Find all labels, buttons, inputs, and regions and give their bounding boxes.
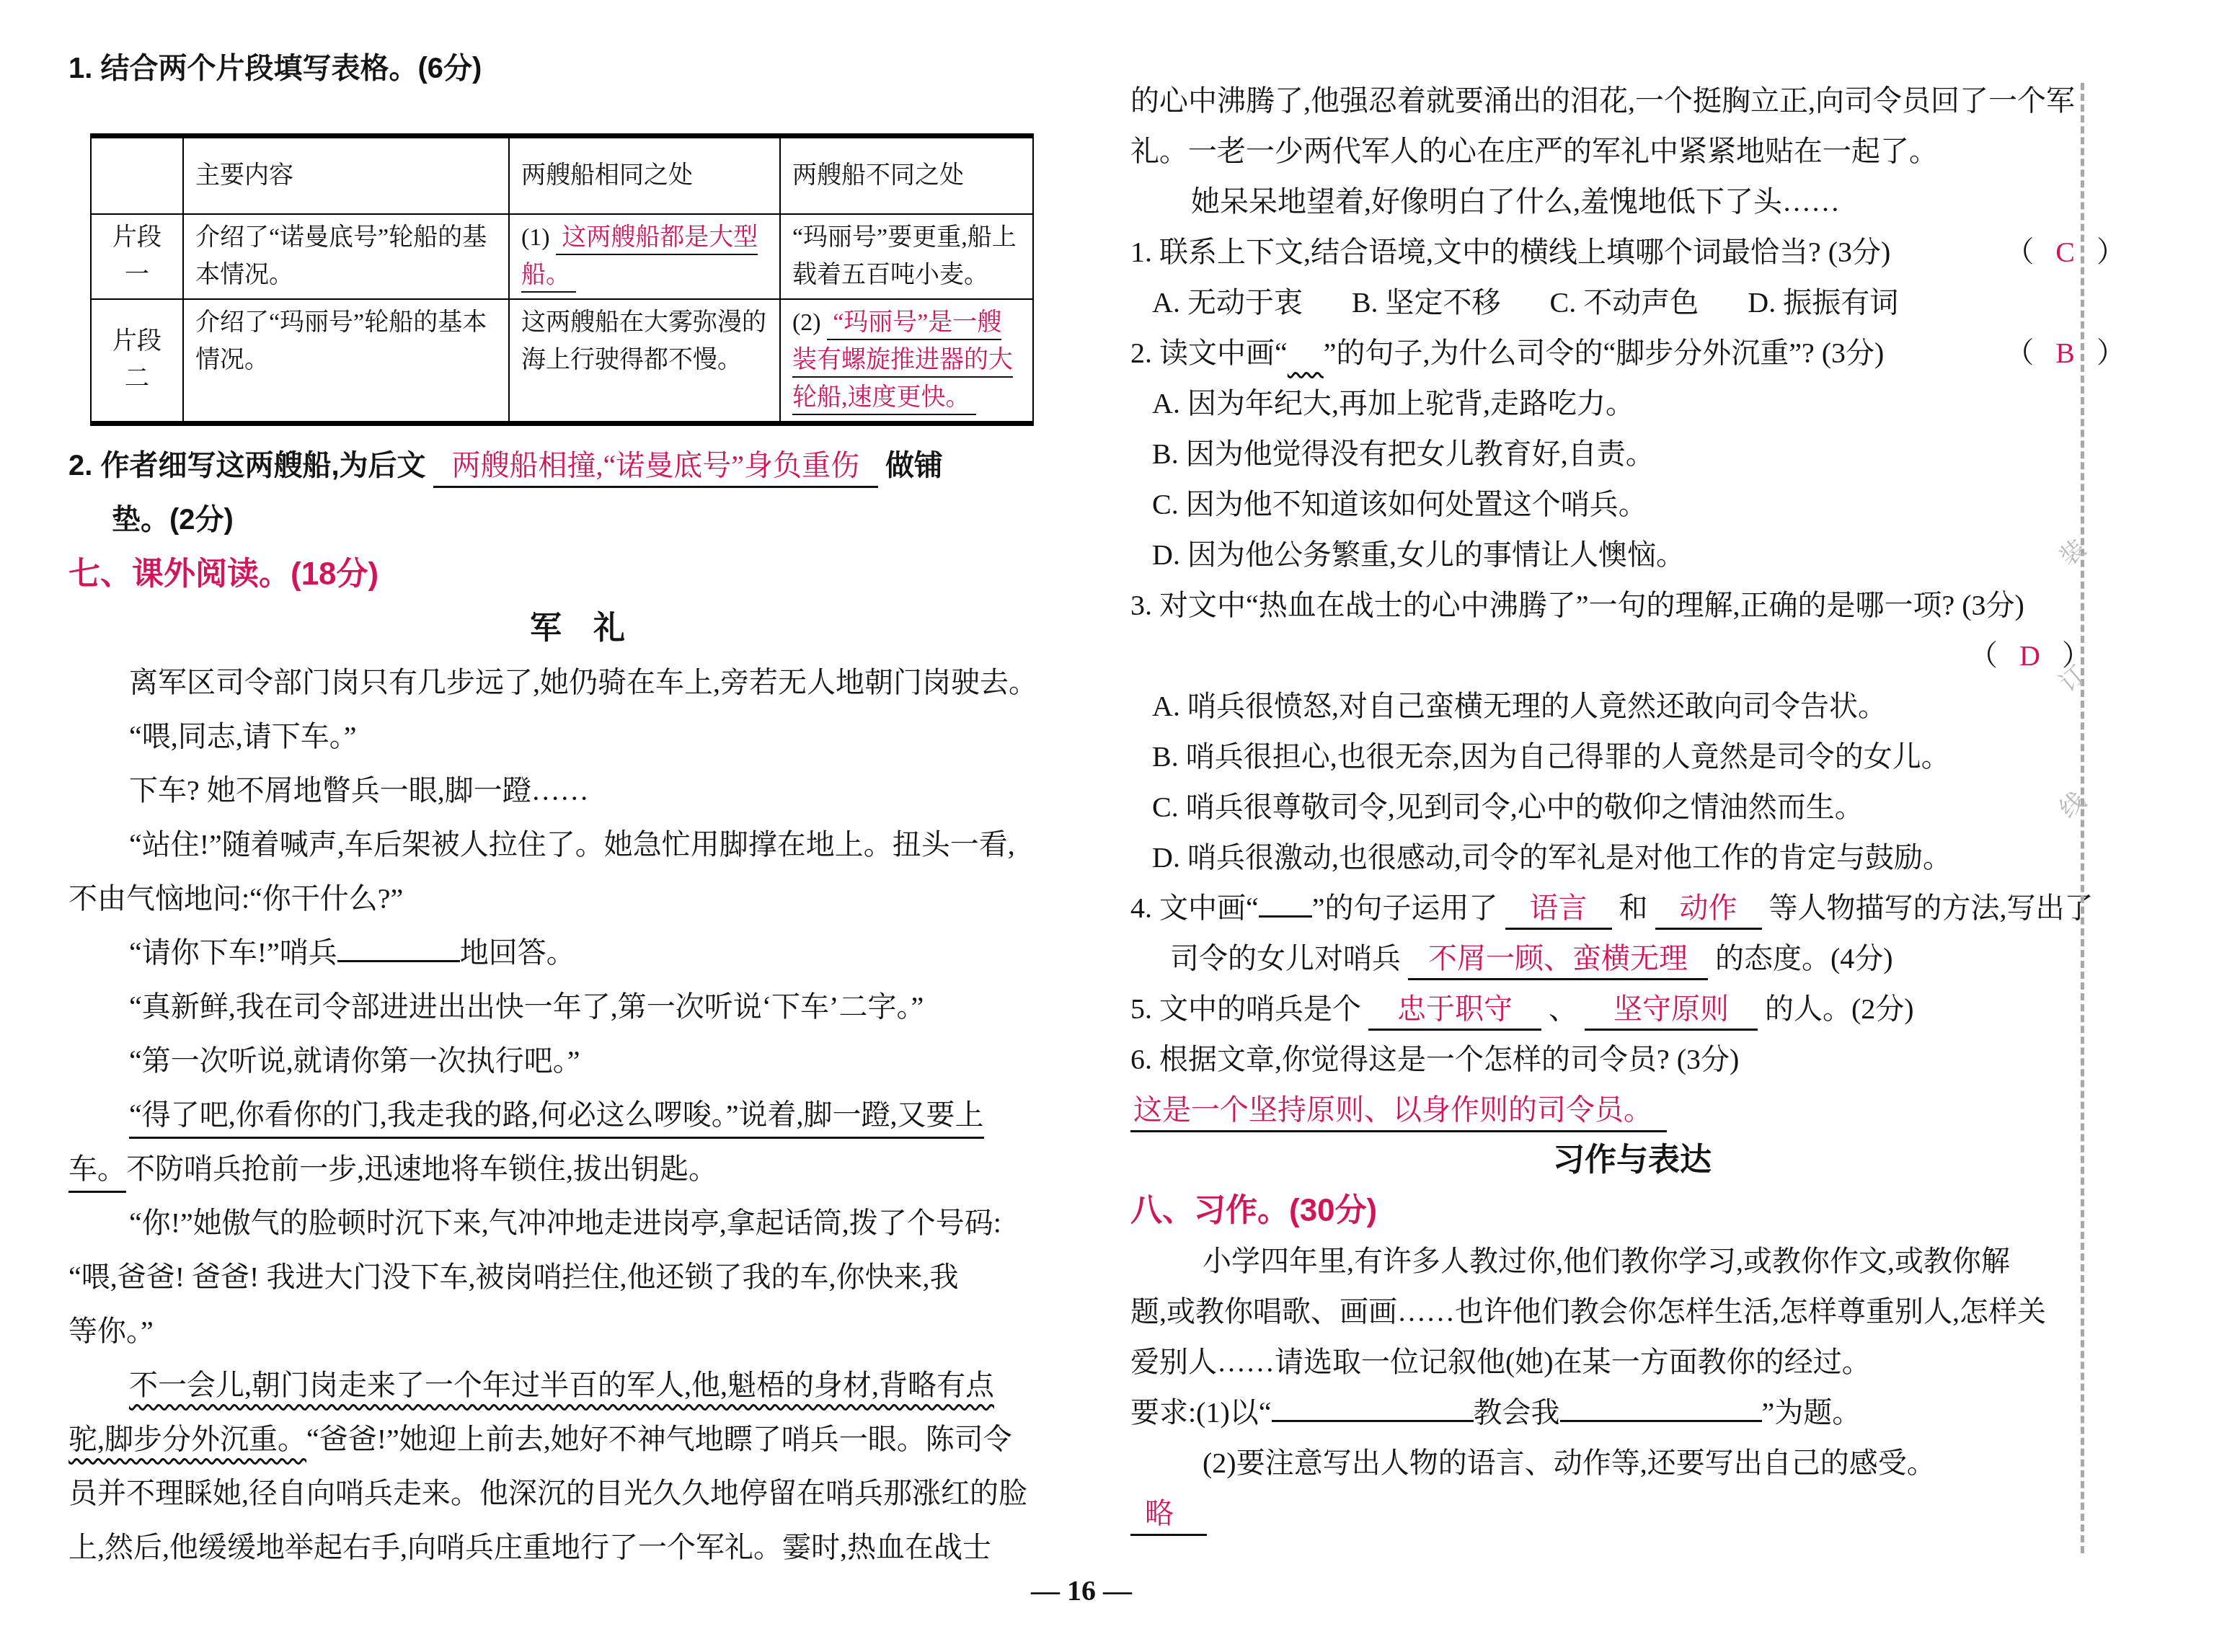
paren: （ [2005, 337, 2034, 369]
option: D. 哨兵很激动,也很感动,司令的军礼是对他工作的肯定与鼓励。 [1130, 832, 2134, 883]
requirement-text: ”为题。 [1762, 1396, 1861, 1429]
wavy-underlined-sentence: 不一会儿,朝门岗走来了一个年过半百的军人,他,魁梧的身材,背略有点 [129, 1369, 994, 1401]
table-header-cell [91, 136, 183, 214]
question-text: 、 [1549, 992, 1577, 1025]
question-text: ”的句子运用了 [1312, 892, 1498, 924]
brief-answer: 略 [1130, 1497, 1207, 1536]
question-text: 司令的女儿对哨兵 [1170, 942, 1401, 974]
passage-line: 礼。一老一少两代军人的心在庄严的军礼中紧紧地贴在一起了。 [1130, 126, 2134, 177]
question-text: 1. 联系上下文,结合语境,文中的横线上填哪个词最恰当? (3分) [1130, 236, 1890, 268]
passage-line: 员并不理睬她,径自向哨兵走来。他深沉的目光久久地停留在哨兵那涨红的脸 [68, 1466, 1086, 1520]
passage-line: “站住!”随着喊声,车后架被人拉住了。她急忙用脚撑在地上。扭头一看, [68, 817, 1086, 871]
passage-line: 驼,脚步分外沉重。“爸爸!”她迎上前去,她好不神气地瞟了哨兵一眼。陈司令 [68, 1412, 1086, 1466]
passage-segment: “请你下车!”哨兵 [129, 936, 337, 969]
question-text: 和 [1619, 892, 1648, 924]
option: D. 因为他公务繁重,女儿的事情让人懊恼。 [1130, 530, 2134, 580]
requirement-text: 教会我 [1474, 1396, 1560, 1429]
question-text: 的态度。(4分) [1715, 942, 1893, 974]
answer-prefix: (1) [521, 224, 550, 251]
comparison-table: 主要内容 两艘船相同之处 两艘船不同之处 片段一 介绍了“诺曼底号”轮船的基本情… [90, 133, 1034, 426]
paren: （ [2005, 236, 2034, 268]
option: C. 哨兵很尊敬司令,见到司令,心中的敬仰之情油然而生。 [1130, 782, 2134, 832]
options-row: A. 无动于衷 B. 坚定不移 C. 不动声色 D. 振振有词 [1130, 277, 2134, 328]
title-blank [1560, 1405, 1762, 1422]
passage-line: “请你下车!”哨兵地回答。 [68, 925, 1086, 980]
passage-line: 下车? 她不屑地瞥兵一眼,脚一蹬…… [68, 763, 1086, 817]
question-text: 的人。(2分) [1765, 992, 1914, 1025]
question-text: 4. 文中画“ [1130, 892, 1259, 924]
passage-line: 车。不防哨兵抢前一步,迅速地将车锁住,拔出钥匙。 [68, 1142, 1086, 1196]
table-answer: “玛丽号”是一艘装有螺旋推进器的大轮船,速度更快。 [792, 309, 1013, 415]
straight-blank [1259, 901, 1312, 918]
worksheet-page: 1. 结合两个片段填写表格。(6分) 2. 作者细写这两艘船,为后文 两艘船相撞… [0, 0, 2227, 1652]
question-2-stem: 2. 作者细写这两艘船,为后文 [68, 450, 426, 481]
answer-letter: C [2055, 236, 2075, 268]
fill-answer: 语言 [1505, 892, 1612, 930]
section-8-heading: 八、习作。(30分) [1130, 1186, 2134, 1236]
reading-passage-title: 军 礼 [68, 601, 1086, 655]
table-cell: (1) 这两艘船都是大型船。 [509, 214, 780, 299]
passage-segment: 不防哨兵抢前一步,迅速地将车锁住,拔出钥匙。 [126, 1153, 717, 1185]
wavy-blank [1288, 337, 1324, 369]
requirement-line: (2)要注意写出人物的语言、动作等,还要写出自己的感受。 [1130, 1438, 2134, 1488]
passage-line: “喂,爸爸! 爸爸! 我进大门没下车,被岗哨拦住,他还锁了我的车,你快来,我 [68, 1250, 1086, 1304]
fill-answer: 动作 [1655, 892, 1762, 930]
passage-line: 她呆呆地望着,好像明白了什么,羞愧地低下了头…… [1130, 177, 2134, 227]
table-header-cell: 主要内容 [183, 136, 509, 214]
option: A. 无动于衷 [1152, 286, 1303, 319]
open-answer: 这是一个坚持原则、以身作则的司令员。 [1130, 1093, 1667, 1132]
binding-dashed-line [2081, 83, 2084, 1553]
question-text: 2. 读文中画“ [1130, 337, 1288, 369]
option: B. 哨兵很担心,也很无奈,因为自己得罪的人竟然是司令的女儿。 [1130, 732, 2134, 782]
question-stem: 1. 联系上下文,结合语境,文中的横线上填哪个词最恰当? (3分) （C） [1130, 227, 2134, 277]
answer-box: （D） [1130, 631, 2134, 681]
option: A. 因为年纪大,再加上驼背,走路吃力。 [1130, 378, 2134, 429]
requirement-line: 要求:(1)以“教会我”为题。 [1130, 1387, 2134, 1438]
question-text: ”的句子,为什么司令的“脚步分外沉重”? (3分) [1324, 337, 1885, 369]
paren: ） [2097, 236, 2125, 268]
option: B. 坚定不移 [1352, 286, 1501, 319]
passage-line: “第一次听说,就请你第一次执行吧。” [68, 1034, 1086, 1088]
question-stem: 4. 文中画“”的句子运用了 语言 和 动作 等人物描写的方法,写出了 [1130, 883, 2134, 933]
question-1-label: 1. 结合两个片段填写表格。(6分) [68, 42, 1086, 96]
question-stem-continued: 司令的女儿对哨兵 不屑一顾、蛮横无理 的态度。(4分) [1130, 933, 2134, 984]
question-text: 等人物描写的方法,写出了 [1769, 892, 2094, 924]
section-7-heading: 七、课外阅读。(18分) [68, 547, 1086, 601]
essay-prompt-line: 题,或教你唱歌、画画……也许他们教会你怎样生活,怎样尊重别人,怎样关 [1130, 1287, 2134, 1337]
wavy-underlined-sentence: 驼,脚步分外沉重。 [68, 1423, 306, 1455]
question-2-line1: 2. 作者细写这两艘船,为后文 两艘船相撞,“诺曼底号”身负重伤 做铺 [68, 438, 1086, 493]
question-stem: 5. 文中的哨兵是个 忠于职守 、 坚守原则 的人。(2分) [1130, 984, 2134, 1034]
answer-prefix: (2) [792, 309, 821, 336]
option: C. 不动声色 [1550, 286, 1699, 319]
title-blank [1272, 1405, 1474, 1422]
question-stem: 6. 根据文章,你觉得这是一个怎样的司令员? (3分) [1130, 1034, 2134, 1085]
table-answer: 这两艘船都是大型船。 [521, 224, 758, 293]
answer-box: （C） [2005, 227, 2125, 277]
table-row: 片段一 介绍了“诺曼底号”轮船的基本情况。 (1) 这两艘船都是大型船。 “玛丽… [91, 214, 1033, 299]
answer-box: （B） [2005, 328, 2125, 378]
table-cell: 这两艘船在大雾弥漫的海上行驶得都不慢。 [509, 299, 780, 424]
passage-segment: “爸爸!”她迎上前去,她好不神气地瞟了哨兵一眼。陈司令 [306, 1423, 1012, 1455]
fill-answer: 坚守原则 [1585, 992, 1758, 1031]
fill-in-blank [337, 946, 460, 962]
page-number: — 16 — [0, 1573, 2163, 1607]
question-2-answer: 两艘船相撞,“诺曼底号”身负重伤 [433, 449, 879, 488]
passage-line: “喂,同志,请下车。” [68, 709, 1086, 763]
passage-line: “真新鲜,我在司令部进进出出快一年了,第一次听说‘下车’二字。” [68, 980, 1086, 1034]
question-2-tail: 做铺 [885, 450, 943, 481]
passage-segment: 地回答。 [460, 936, 575, 969]
question-text: 5. 文中的哨兵是个 [1130, 992, 1361, 1025]
table-cell: 介绍了“诺曼底号”轮船的基本情况。 [183, 214, 509, 299]
fill-answer: 不屑一顾、蛮横无理 [1408, 942, 1708, 980]
passage-line: 等你。” [68, 1304, 1086, 1358]
answer-letter: D [2019, 639, 2040, 672]
underlined-sentence: “得了吧,你看你的门,我走我的路,何必这么啰唆。”说着,脚一蹬,又要上 [129, 1098, 984, 1139]
row-label: 片段二 [91, 299, 183, 424]
option: B. 因为他觉得没有把女儿教育好,自责。 [1130, 429, 2134, 479]
question-2-line2: 垫。(2分) [68, 493, 1086, 547]
passage-line-wavy: 不一会儿,朝门岗走来了一个年过半百的军人,他,魁梧的身材,背略有点 [68, 1358, 1086, 1412]
option: D. 振振有词 [1748, 286, 1898, 319]
open-answer-line: 这是一个坚持原则、以身作则的司令员。 [1130, 1085, 2134, 1135]
essay-prompt-line: 小学四年里,有许多人教过你,他们教你学习,或教你作文,或教你解 [1130, 1236, 2134, 1287]
answer-letter: B [2055, 337, 2075, 369]
passage-line: 上,然后,他缓缓地举起右手,向哨兵庄重地行了一个军礼。霎时,热血在战士 [68, 1520, 1086, 1574]
underlined-sentence: 车。 [68, 1153, 126, 1193]
option: C. 因为他不知道该如何处置这个哨兵。 [1130, 479, 2134, 530]
writing-section-title: 习作与表达 [1130, 1135, 2134, 1186]
requirement-text: 要求:(1)以“ [1130, 1396, 1272, 1429]
table-header-row: 主要内容 两艘船相同之处 两艘船不同之处 [91, 136, 1033, 214]
question-stem: 3. 对文中“热血在战士的心中沸腾了”一句的理解,正确的是哪一项? (3分) [1130, 580, 2134, 631]
table-row: 片段二 介绍了“玛丽号”轮船的基本情况。 这两艘船在大雾弥漫的海上行驶得都不慢。… [91, 299, 1033, 424]
essay-prompt-line: 爱别人……请选取一位记叙他(她)在某一方面教你的经过。 [1130, 1337, 2134, 1387]
paren: （ [1969, 639, 1998, 672]
passage-line-underlined: “得了吧,你看你的门,我走我的路,何必这么啰唆。”说着,脚一蹬,又要上 [68, 1088, 1086, 1142]
right-column: 的心中沸腾了,他强忍着就要涌出的泪花,一个挺胸立正,向司令员回了一个军 礼。一老… [1130, 76, 2134, 1539]
option: A. 哨兵很愤怒,对自己蛮横无理的人竟然还敢向司令告状。 [1130, 681, 2134, 732]
passage-line: 离军区司令部门岗只有几步远了,她仍骑在车上,旁若无人地朝门岗驶去。 [68, 655, 1086, 709]
question-stem: 2. 读文中画“ ”的句子,为什么司令的“脚步分外沉重”? (3分) （B） [1130, 328, 2134, 378]
row-label: 片段一 [91, 214, 183, 299]
table-cell: “玛丽号”要更重,船上载着五百吨小麦。 [780, 214, 1033, 299]
table-header-cell: 两艘船不同之处 [780, 136, 1033, 214]
passage-line: 不由气恼地问:“你干什么?” [68, 871, 1086, 925]
table-cell: 介绍了“玛丽号”轮船的基本情况。 [183, 299, 509, 424]
brief-answer-line: 略 [1130, 1488, 2134, 1539]
table-cell: (2) “玛丽号”是一艘装有螺旋推进器的大轮船,速度更快。 [780, 299, 1033, 424]
fill-answer: 忠于职守 [1368, 992, 1541, 1031]
passage-line: “你!”她傲气的脸顿时沉下来,气冲冲地走进岗亭,拿起话筒,拨了个号码: [68, 1196, 1086, 1250]
table-header-cell: 两艘船相同之处 [509, 136, 780, 214]
passage-line: 的心中沸腾了,他强忍着就要涌出的泪花,一个挺胸立正,向司令员回了一个军 [1130, 76, 2134, 126]
paren: ） [2097, 337, 2125, 369]
